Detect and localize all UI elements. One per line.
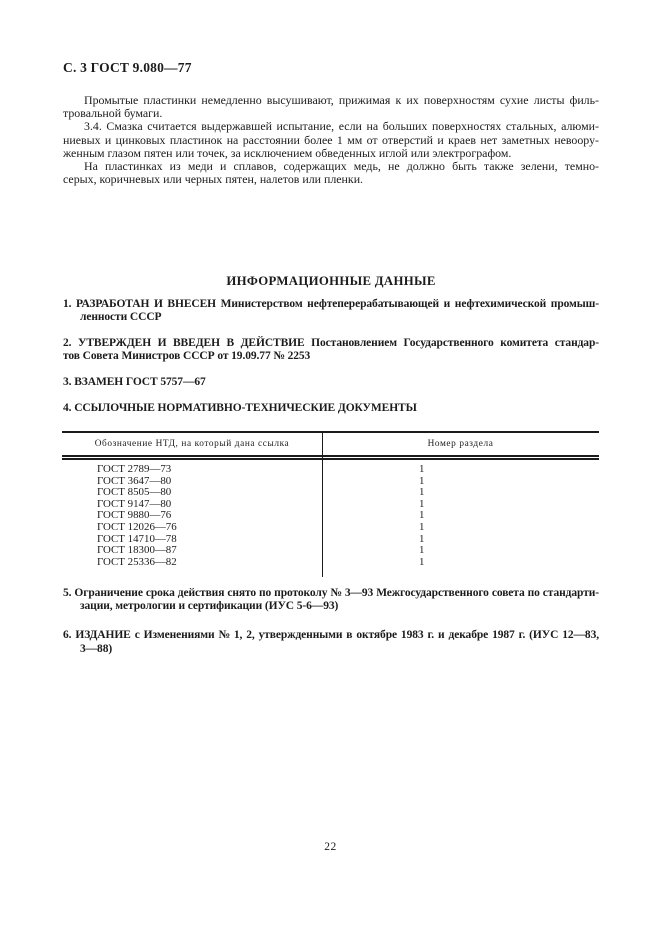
body-text-line-text: женным глазом пятен или точек, за исключ… <box>63 146 511 160</box>
body-text-line-text: Промытые пластинки немедленно высушивают… <box>84 93 599 107</box>
table-header-section: Номер раздела <box>322 439 599 449</box>
running-header: С. 3 ГОСТ 9.080—77 <box>63 60 192 75</box>
info-items-upper: 1. РАЗРАБОТАН И ВНЕСЕН Министерством неф… <box>63 298 599 415</box>
section-number-cell: 1 <box>322 545 599 557</box>
ntd-cell: ГОСТ 18300—87 <box>62 545 322 557</box>
section-number-cell: 1 <box>322 522 599 534</box>
table-header-ntd: Обозначение НТД, на который дана ссылка <box>62 439 322 449</box>
body-text-line-text: На пластинках из меди и сплавов, содержа… <box>84 159 599 173</box>
info-item-line: 2. УТВЕРЖДЕН И ВВЕДЕН В ДЕЙСТВИЕ Постано… <box>63 337 599 350</box>
table-row: ГОСТ 18300—87 1 <box>62 545 599 557</box>
info-item-line: тов Совета Министров СССР от 19.09.77 № … <box>63 350 599 363</box>
document-page: С. 3 ГОСТ 9.080—77 Промытые пластинки не… <box>0 0 661 936</box>
info-item-line-text: 5. Ограничение срока действия снято по п… <box>63 587 599 599</box>
section-number-cell: 1 <box>322 464 599 476</box>
table-row: ГОСТ 25336—82 1 <box>62 557 599 569</box>
section-number-cell: 1 <box>322 487 599 499</box>
info-item-line-text: 1. РАЗРАБОТАН И ВНЕСЕН Министерством неф… <box>63 298 599 310</box>
info-item-line: ленности СССР <box>63 311 599 324</box>
info-items-lower: 5. Ограничение срока действия снято по п… <box>63 587 599 656</box>
table-header-row: Обозначение НТД, на который дана ссылка … <box>62 433 599 460</box>
ntd-cell: ГОСТ 25336—82 <box>62 557 322 569</box>
info-item-line-text: 3. ВЗАМЕН ГОСТ 5757—67 <box>63 376 206 388</box>
info-item-line-text: 3—88) <box>80 643 112 655</box>
section-heading: ИНФОРМАЦИОННЫЕ ДАННЫЕ <box>63 274 599 288</box>
page-number: 22 <box>0 841 661 853</box>
ntd-cell: ГОСТ 2789—73 <box>62 464 322 476</box>
info-item-line: 3—88) <box>63 643 599 656</box>
info-item-line-text: зации, метрологии и сертификации (ИУС 5-… <box>80 600 338 612</box>
info-item-line: 6. ИЗДАНИЕ с Изменениями № 1, 2, утвержд… <box>63 629 599 642</box>
info-item-line: 4. ССЫЛОЧНЫЕ НОРМАТИВНО-ТЕХНИЧЕСКИЕ ДОКУ… <box>63 402 599 415</box>
body-text: Промытые пластинки немедленно высушивают… <box>63 94 599 186</box>
info-item-line-text: 2. УТВЕРЖДЕН И ВВЕДЕН В ДЕЙСТВИЕ Постано… <box>63 337 599 349</box>
ntd-cell: ГОСТ 12026—76 <box>62 522 322 534</box>
table-row: ГОСТ 2789—73 1 <box>62 464 599 476</box>
body-text-line-text: 3.4. Смазка считается выдержавшей испыта… <box>84 119 599 133</box>
info-item-line: 5. Ограничение срока действия снято по п… <box>63 587 599 600</box>
info-item-line-text: тов Совета Министров СССР от 19.09.77 № … <box>63 350 310 362</box>
section-number-cell: 1 <box>322 557 599 569</box>
body-text-line: серых, коричневых или черных пятен, нале… <box>63 173 599 186</box>
table-body: ГОСТ 2789—73 1 ГОСТ 3647—80 1 ГОСТ 8505—… <box>62 460 599 568</box>
table-row: ГОСТ 12026—76 1 <box>62 522 599 534</box>
body-text-line-text: серых, коричневых или черных пятен, нале… <box>63 172 363 186</box>
section-number-cell: 1 <box>322 476 599 488</box>
section-number-cell: 1 <box>322 534 599 546</box>
section-number-cell: 1 <box>322 499 599 511</box>
table-column-divider <box>322 433 323 577</box>
body-text-line-text: тровальной бумаги. <box>63 106 162 120</box>
info-item-line-text: ленности СССР <box>80 311 161 323</box>
info-item-line-text: 6. ИЗДАНИЕ с Изменениями № 1, 2, утвержд… <box>63 629 599 641</box>
references-table: Обозначение НТД, на который дана ссылка … <box>62 431 599 577</box>
body-text-line-text: ниевых и цинковых пластинок на расстояни… <box>63 133 599 147</box>
info-item-line: зации, метрологии и сертификации (ИУС 5-… <box>63 600 599 613</box>
info-item-line: 1. РАЗРАБОТАН И ВНЕСЕН Министерством неф… <box>63 298 599 311</box>
info-item-line: 3. ВЗАМЕН ГОСТ 5757—67 <box>63 376 599 389</box>
info-item-line-text: 4. ССЫЛОЧНЫЕ НОРМАТИВНО-ТЕХНИЧЕСКИЕ ДОКУ… <box>63 402 417 414</box>
section-number-cell: 1 <box>322 510 599 522</box>
